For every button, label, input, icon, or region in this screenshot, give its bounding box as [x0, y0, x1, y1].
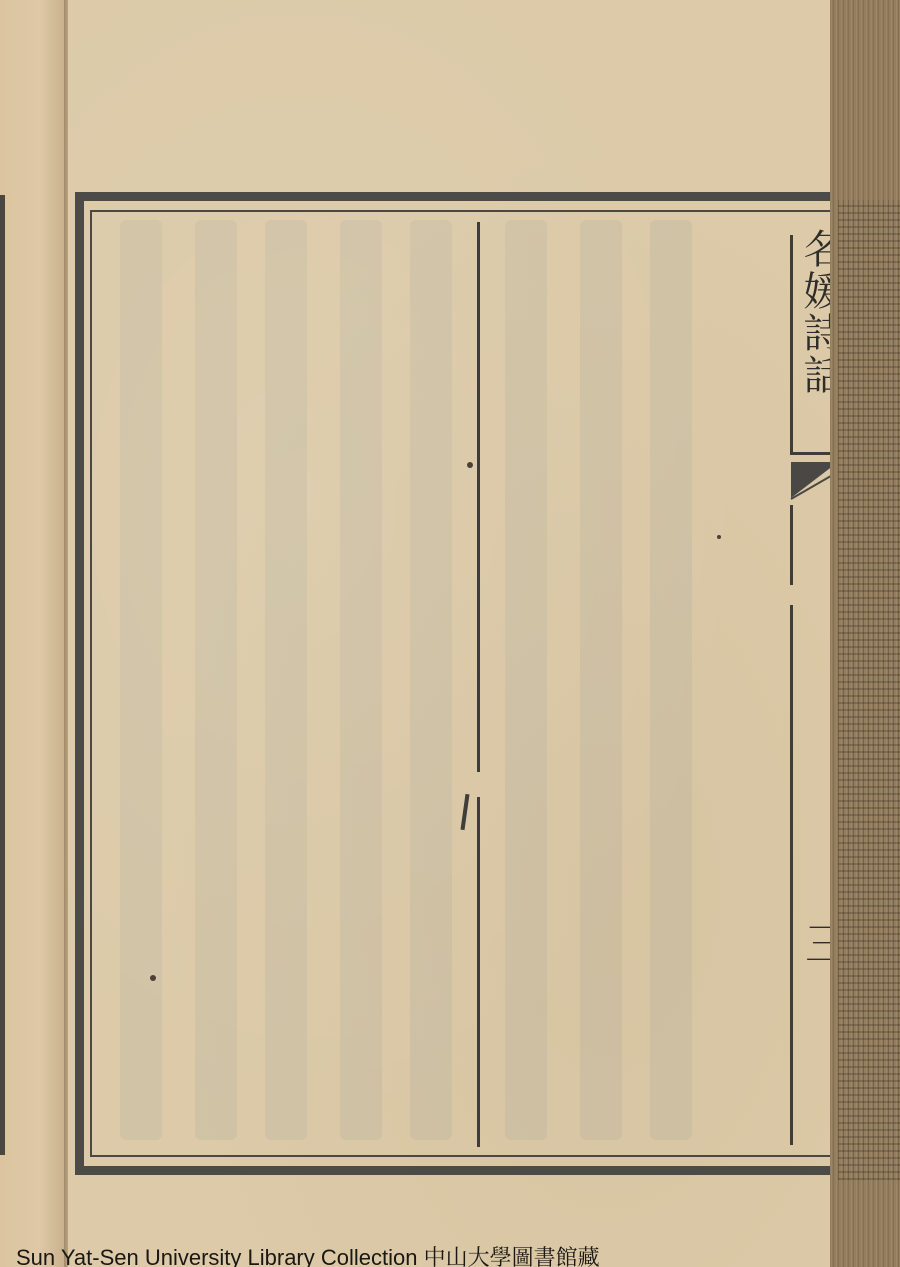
banxin-rule [790, 505, 793, 585]
collection-caption: Sun Yat-Sen University Library Collectio… [16, 1241, 600, 1267]
paper-speck [150, 975, 156, 981]
center-fold-line-lower [477, 797, 480, 1147]
left-page-frame-edge [0, 195, 5, 1155]
block-edge-ink-bleed [838, 200, 900, 1180]
paper-speck [467, 462, 473, 468]
left-facing-page [0, 0, 66, 1267]
center-fold-line-upper [477, 222, 480, 772]
paper-speck [717, 535, 721, 539]
banxin-rule [790, 605, 793, 1145]
inner-border-frame [90, 210, 840, 1157]
